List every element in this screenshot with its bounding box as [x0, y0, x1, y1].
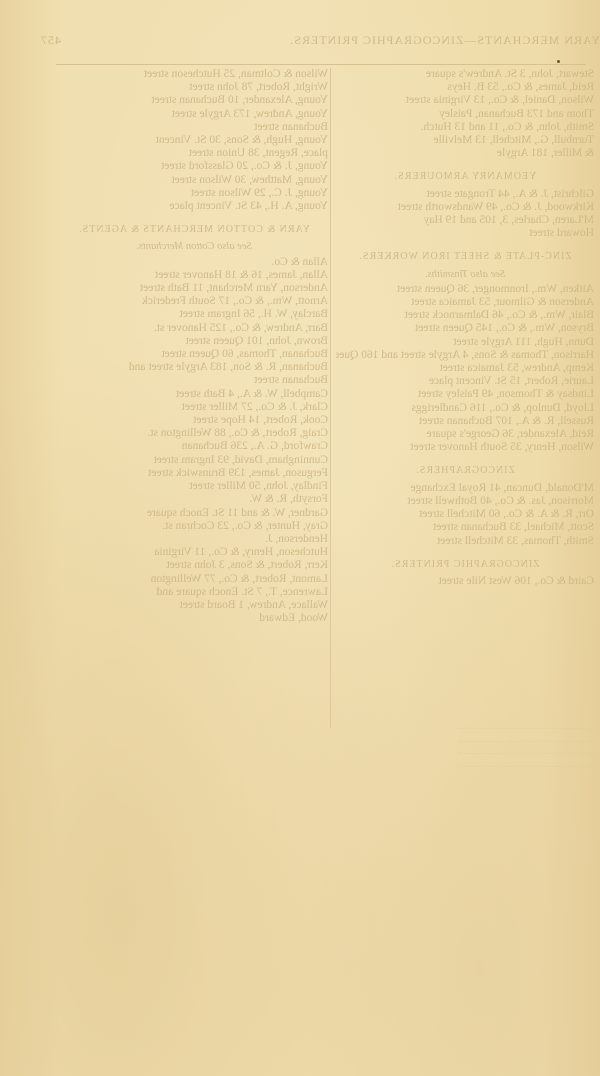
directory-entry: Findlay, John, 50 Miller street	[60, 480, 328, 493]
directory-entry: Scott, Michael, 33 Buchanan street	[336, 521, 594, 534]
section-note: See also Cotton Merchants.	[60, 240, 328, 253]
directory-entry: Gilchrist, J. & A., 44 Trongate street	[336, 188, 594, 201]
directory-entry: Lloyd, Dunlop, & Co., 116 Candleriggs	[336, 402, 594, 415]
ink-speck	[557, 60, 560, 63]
directory-entry: Turnbull, G., Mitchell, 13 Melville	[336, 134, 594, 147]
section-heading: YARN & COTTON MERCHANTS & AGENTS.	[60, 223, 328, 236]
column-divider	[330, 68, 331, 728]
directory-entry: Campbell, W. & A., 4 Bath street	[60, 388, 328, 401]
directory-entry: Aitken, Wm., Ironmonger, 36 Queen street	[336, 283, 594, 296]
directory-entry: Anderson, Yarn Merchant, 11 Bath street	[60, 282, 328, 295]
directory-entry: Morrison, Jas. & Co., 40 Bothwell street	[336, 495, 594, 508]
directory-section: ZINC-PLATE & SHEET IRON WORKERS.See also…	[336, 250, 594, 454]
left-visual-column: Wilson & Coltman, 25 Hutcheson streetWri…	[60, 68, 328, 625]
directory-entry: Ferguson, James, 139 Brunswick street	[60, 467, 328, 480]
directory-entry: Harrison, Thomas & Sons, 4 Argyle street…	[336, 349, 594, 362]
directory-entry: Allan, James, 16 & 18 Hanover street	[60, 269, 328, 282]
section-heading: YEOMANRY ARMOURERS.	[336, 170, 594, 183]
directory-entry: Arnott, Wm., & Co., 17 South Frederick	[60, 295, 328, 308]
faint-row: ........................................…	[60, 733, 590, 746]
scanned-page: YARN MERCHANTS—ZINCOGRAPHIC PRINTERS. 45…	[0, 0, 600, 1076]
directory-section: ZINCOGRAPHERS.M'Donald, Duncan, 41 Royal…	[336, 464, 594, 547]
running-head-title: YARN MERCHANTS—ZINCOGRAPHIC PRINTERS.	[289, 33, 600, 48]
directory-entry: Buchanan street	[60, 374, 328, 387]
directory-entry: Young, A. H., 43 St. Vincent place	[60, 200, 328, 213]
directory-entry: Hutcheson, Henry, & Co., 11 Virginia	[60, 546, 328, 559]
directory-entry: Bryson, Wm., & Co., 145 Queen street	[336, 322, 594, 335]
directory-entry: place, Regent, 38 Union street	[60, 147, 328, 160]
page-number: 457	[40, 33, 61, 48]
directory-entry: Stewart, John, 3 St. Andrew's square	[336, 68, 594, 81]
directory-entry: Young, J. C., 29 Wilson street	[60, 187, 328, 200]
directory-entry: M'Donald, Duncan, 41 Royal Exchange	[336, 482, 594, 495]
directory-section: YEOMANRY ARMOURERS.Gilchrist, J. & A., 4…	[336, 170, 594, 240]
directory-entry: Russell, R. & A., 107 Buchanan street	[336, 415, 594, 428]
section-heading: ZINC-PLATE & SHEET IRON WORKERS.	[336, 250, 594, 263]
directory-entry: Wallace, Andrew, 1 Board street	[60, 599, 328, 612]
directory-entry: Young, Hugh, & Sons, 30 St. Vincent	[60, 134, 328, 147]
directory-entry: Henderson, J.	[60, 533, 328, 546]
directory-section: YARN & COTTON MERCHANTS & AGENTS.See als…	[60, 223, 328, 625]
directory-entry: Howard street	[336, 227, 594, 240]
directory-entry: Reid, James, & Co., 53 B. Heys	[336, 81, 594, 94]
directory-entry: Buchanan street	[60, 121, 328, 134]
directory-entry: Wilson, Henry, 35 South Hanover street	[336, 441, 594, 454]
directory-entry: Gray, Hunter, & Co., 23 Cochran st.	[60, 520, 328, 533]
directory-entry: Buchanan, R. & Son, 183 Argyle street an…	[60, 361, 328, 374]
section-heading: ZINCOGRAPHERS.	[336, 464, 594, 477]
directory-entry: Brown, John, 101 Queen street	[60, 335, 328, 348]
directory-entry: Young, Matthew, 30 Wilson street	[60, 174, 328, 187]
running-head: YARN MERCHANTS—ZINCOGRAPHIC PRINTERS. 45…	[40, 30, 600, 50]
faint-row: ........................................…	[60, 720, 590, 733]
directory-entry: Dunn, Hugh, 111 Argyle street	[336, 336, 594, 349]
directory-entry: Forsyth, R. & W.	[60, 493, 328, 506]
directory-entry: Lawrence, T., 7 St. Enoch square and	[60, 586, 328, 599]
directory-entry: Gardner, W. & and 11 St. Enoch square	[60, 507, 328, 520]
directory-entry: Smith, Thomas, 33 Mitchell street	[336, 535, 594, 548]
directory-entry: Wright, Robert, 78 John street	[60, 81, 328, 94]
directory-entry: Crawford, G. A., 236 Buchanan	[60, 440, 328, 453]
directory-entry: Barclay, W. H., 56 Ingram street	[60, 308, 328, 321]
directory-entry: Laurie, Robert, 15 St. Vincent place	[336, 375, 594, 388]
directory-entry: Clark, J. & Co., 27 Miller street	[60, 401, 328, 414]
faint-bottom-text: ........................................…	[60, 720, 590, 770]
directory-entry: Allan & Co.	[60, 256, 328, 269]
directory-entry: Reid, Alexander, 36 George's square	[336, 428, 594, 441]
directory-entry: Cunningham, David, 93 Ingram street	[60, 454, 328, 467]
directory-entry: Young, Alexander, 10 Buchanan street	[60, 94, 328, 107]
directory-entry: Kemp, Andrew, 53 Jamaica street	[336, 362, 594, 375]
directory-entry: Lindsay & Thomson, 49 Paisley street	[336, 388, 594, 401]
directory-entry: Lamont, Robert, & Co., 77 Wellington	[60, 573, 328, 586]
section-note: See also Tinsmiths.	[336, 268, 594, 281]
directory-entry: Craig, Robert, & Co., 88 Wellington st.	[60, 427, 328, 440]
directory-entry: Barr, Andrew, & Co., 125 Hanover st.	[60, 322, 328, 335]
directory-entry: Blair, Wm., & Co., 46 Dalmarnock street	[336, 309, 594, 322]
faint-row: ........................................…	[60, 745, 590, 758]
directory-entry: Wilson & Coltman, 25 Hutcheson street	[60, 68, 328, 81]
directory-entry: M'Laren, Charles, 3, 105 and 19 Hay	[336, 214, 594, 227]
directory-entry: Wood, Edward	[60, 612, 328, 625]
directory-entry: & Miller, 181 Argyle	[336, 147, 594, 160]
directory-entry: Smith, John, & Co., 11 and 13 Hutch.	[336, 121, 594, 134]
section-heading: ZINCOGRAPHIC PRINTERS.	[336, 558, 594, 571]
directory-section: ZINCOGRAPHIC PRINTERS.Caird & Co., 106 W…	[336, 558, 594, 588]
right-visual-column: Stewart, John, 3 St. Andrew's squareReid…	[336, 68, 594, 588]
directory-entry: Buchanan, Thomas, 60 Queen street	[60, 348, 328, 361]
directory-entry: Orr, R. & A. & Co., 60 Mitchell street	[336, 508, 594, 521]
directory-entry: Kirkwood, J. & Co., 49 Wandsworth street	[336, 201, 594, 214]
directory-entry: Anderson & Gilmour, 53 Jamaica street	[336, 296, 594, 309]
directory-entry: Cook, Robert, 14 Hope street	[60, 414, 328, 427]
faint-row: ........................................…	[60, 758, 590, 771]
directory-entry: Kerr, Robert, & Sons, 3 John street	[60, 559, 328, 572]
directory-entry: Wilson, Daniel, & Co., 13 Virginia stree…	[336, 94, 594, 107]
header-rule	[56, 64, 586, 65]
directory-entry: Thom and 173 Buchanan, Paisley	[336, 108, 594, 121]
directory-entry: Young, J. & Co., 20 Glassford street	[60, 160, 328, 173]
directory-entry: Young, Andrew, 173 Argyle street	[60, 108, 328, 121]
directory-entry: Caird & Co., 106 West Nile street	[336, 575, 594, 588]
